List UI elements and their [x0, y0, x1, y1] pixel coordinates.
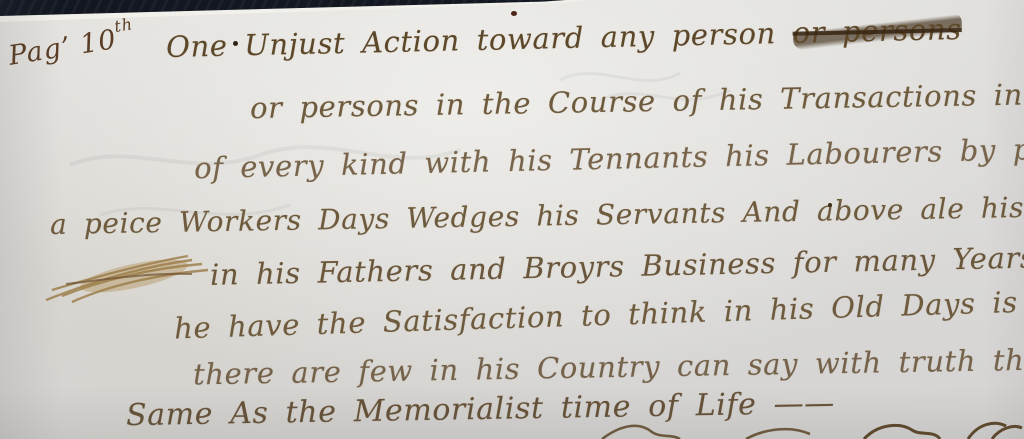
page-label-number: 10 [78, 24, 119, 60]
ink-speck [233, 41, 238, 46]
ink-speck [828, 203, 832, 207]
manuscript-line-6: he have the Satisfaction to think in his… [174, 282, 1024, 347]
struck-out-text: or persons [792, 12, 962, 50]
page-label-ordinal: th [113, 14, 134, 36]
partial-next-line-fragment [596, 420, 1024, 439]
book-binding-edge [0, 0, 566, 16]
ink-speck [511, 11, 517, 16]
manuscript-photo: Pag’ 10th One Unjust Action toward any p… [0, 0, 1024, 439]
manuscript-line-7: there are few in his Country can say wit… [193, 342, 1024, 393]
ink-smudge [42, 250, 214, 306]
